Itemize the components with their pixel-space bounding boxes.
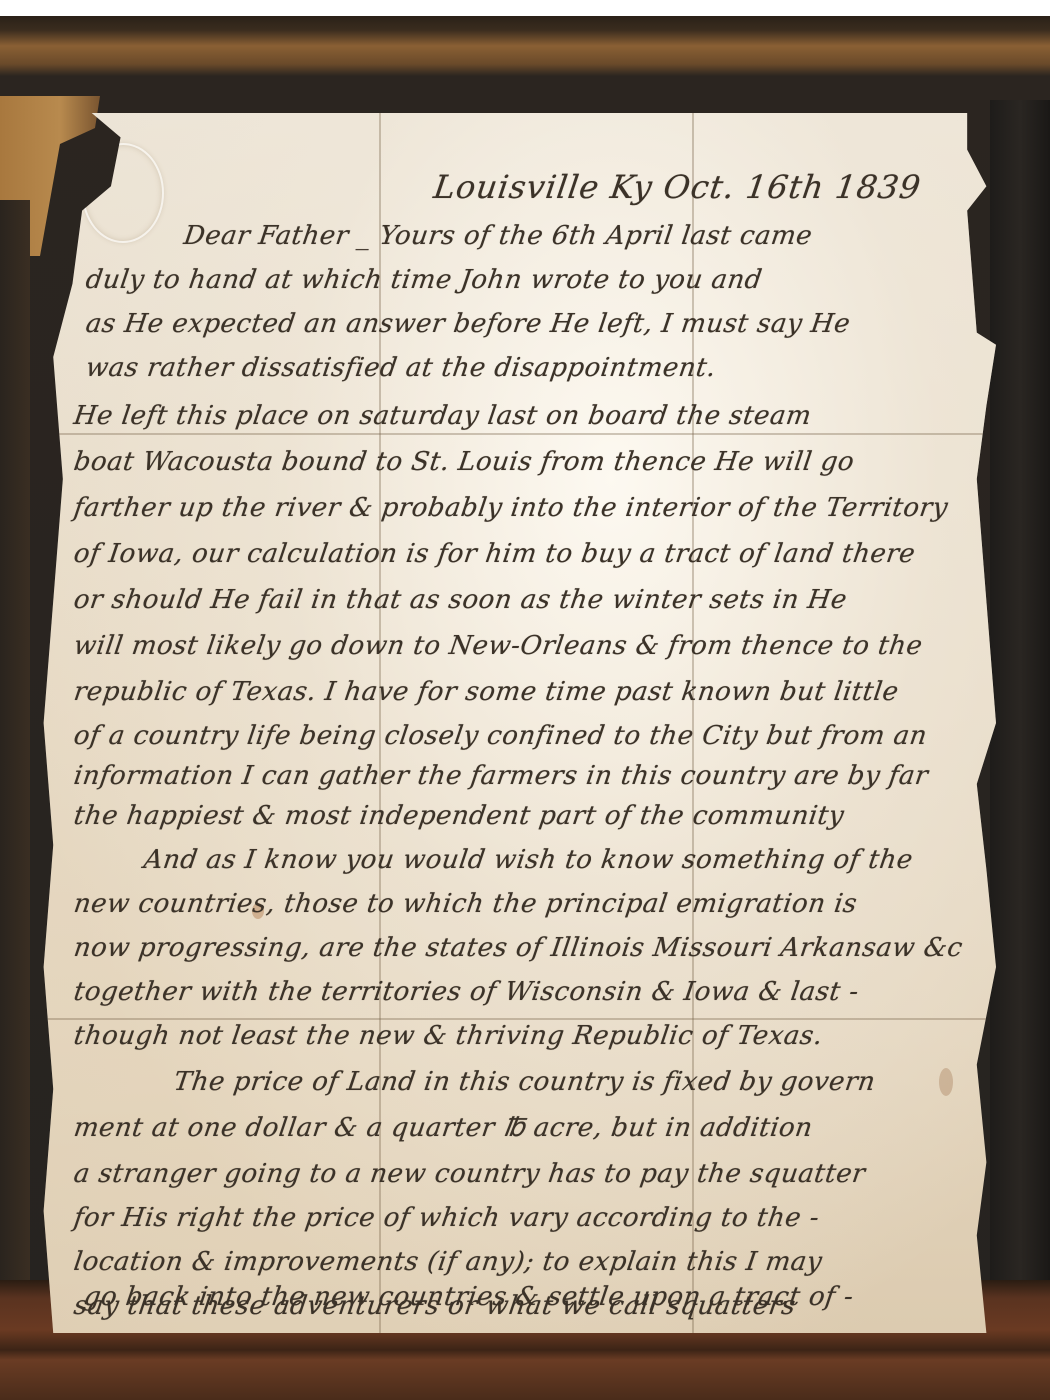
letter-line: information I can gather the farmers in …	[72, 761, 930, 791]
letter-line: boat Wacousta bound to St. Louis from th…	[72, 447, 856, 477]
letter-line: And as I know you would wish to know som…	[142, 845, 915, 875]
letter-dateline: Louisville Ky Oct. 16th 1839	[431, 168, 923, 206]
letter-line: together with the territories of Wiscons…	[72, 977, 861, 1007]
frame-right-edge	[990, 100, 1050, 1320]
letter-line: new countries, those to which the princi…	[72, 889, 859, 919]
letter-line: duly to hand at which time John wrote to…	[84, 265, 764, 295]
letter-line: now progressing, are the states of Illin…	[72, 933, 965, 963]
frame-left-edge	[0, 200, 30, 1330]
letter-line: location & improvements (if any); to exp…	[72, 1247, 824, 1277]
letter-line: farther up the river & probably into the…	[72, 493, 950, 523]
letter-line: ment at one dollar & a quarter ℔ acre, b…	[72, 1113, 815, 1143]
letter-line: for His right the price of which vary ac…	[72, 1203, 821, 1233]
letter-line: He left this place on saturday last on b…	[72, 401, 813, 431]
letter-paper: Louisville Ky Oct. 16th 1839 Dear Father…	[34, 113, 996, 1333]
letter-line: republic of Texas. I have for some time …	[72, 677, 901, 707]
photo-stage: Louisville Ky Oct. 16th 1839 Dear Father…	[0, 0, 1050, 1400]
fold-crease	[34, 433, 996, 435]
letter-line: go back into the new countries & settle …	[82, 1282, 856, 1312]
letter-line: Dear Father _ Yours of the 6th April las…	[182, 221, 814, 251]
ink-stain	[939, 1068, 953, 1096]
letter-line: the happiest & most independent part of …	[72, 801, 846, 831]
letter-line: of a country life being closely confined…	[72, 721, 929, 751]
letter-line: of Iowa, our calculation is for him to b…	[72, 539, 917, 569]
letter-line: or should He fail in that as soon as the…	[72, 585, 849, 615]
letter-line: though not least the new & thriving Repu…	[72, 1021, 825, 1051]
letter-line: will most likely go down to New-Orleans …	[72, 631, 925, 661]
letter-line: as He expected an answer before He left,…	[84, 309, 852, 339]
letter-line: The price of Land in this country is fix…	[172, 1067, 877, 1097]
letter-line: a stranger going to a new country has to…	[72, 1159, 867, 1189]
letter-line: was rather dissatisfied at the disappoin…	[84, 353, 718, 383]
fold-crease	[34, 1018, 996, 1020]
